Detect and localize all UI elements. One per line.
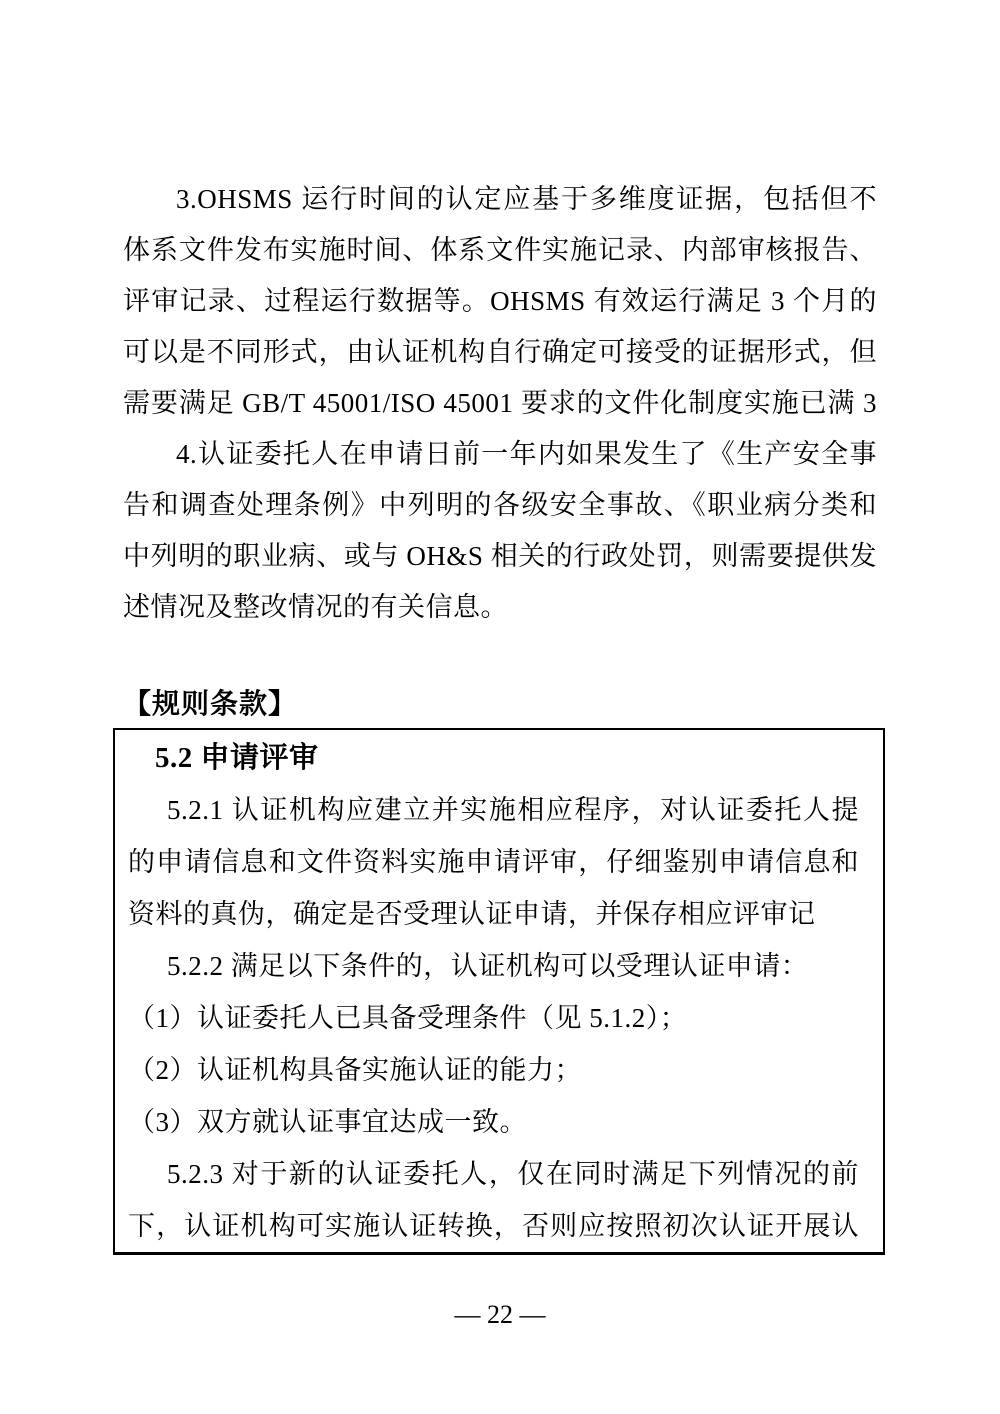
section-header: 【规则条款】 [123,682,877,726]
paragraph-3: 3.OHSMS 运行时间的认定应基于多维度证据，包括但不限于： 体系文件发布实施… [123,174,877,429]
rule-box: 5.2 申请评审 5.2.1 认证机构应建立并实施相应程序，对认证委托人提交 的… [113,728,885,1255]
page-number: — 22 — [0,1295,1000,1335]
list-item: （3）双方就认证事宜达成一致。 [128,1096,859,1148]
text-line: 需要满足 GB/T 45001/ISO 45001 要求的文件化制度实施已满 3… [123,378,877,429]
text-line: 的申请信息和文件资料实施申请评审，仔细鉴别申请信息和文件 [128,836,859,888]
page-content: 3.OHSMS 运行时间的认定应基于多维度证据，包括但不限于： 体系文件发布实施… [123,174,877,1255]
text-line: 4.认证委托人在申请日前一年内如果发生了《生产安全事故报 [123,429,877,480]
text-line: 5.2.2 满足以下条件的，认证机构可以受理认证申请： [128,940,859,992]
text-line: 资料的真伪，确定是否受理认证申请，并保存相应评审记录。 [128,888,859,940]
text-line: 3.OHSMS 运行时间的认定应基于多维度证据，包括但不限于： [123,174,877,225]
text-line: 5.2.1 认证机构应建立并实施相应程序，对认证委托人提交 [128,784,859,836]
text-line: 体系文件发布实施时间、体系文件实施记录、内部审核报告、管理 [123,225,877,276]
list-item: （2）认证机构具备实施认证的能力； [128,1044,859,1096]
text-line: 5.2.3 对于新的认证委托人，仅在同时满足下列情况的前提 [128,1148,859,1200]
text-line: 下，认证机构可实施认证转换，否则应按照初次认证开展认证活 [128,1200,859,1252]
text-line: 中列明的职业病、或与 OH&S 相关的行政处罚，则需要提供发生上 [123,531,877,582]
text-line: 告和调查处理条例》中列明的各级安全事故、《职业病分类和目录》 [123,480,877,531]
text-line: 评审记录、过程运行数据等。OHSMS 有效运行满足 3 个月的证据 [123,276,877,327]
list-item: （1）认证委托人已具备受理条件（见 5.1.2）； [128,992,859,1044]
document-page: 3.OHSMS 运行时间的认定应基于多维度证据，包括但不限于： 体系文件发布实施… [0,0,1000,1414]
text-line: 述情况及整改情况的有关信息。 [123,582,877,633]
paragraph-4: 4.认证委托人在申请日前一年内如果发生了《生产安全事故报 告和调查处理条例》中列… [123,429,877,633]
text-line: 可以是不同形式，由认证机构自行确定可接受的证据形式，但至少 [123,327,877,378]
rule-box-title: 5.2 申请评审 [128,732,859,784]
